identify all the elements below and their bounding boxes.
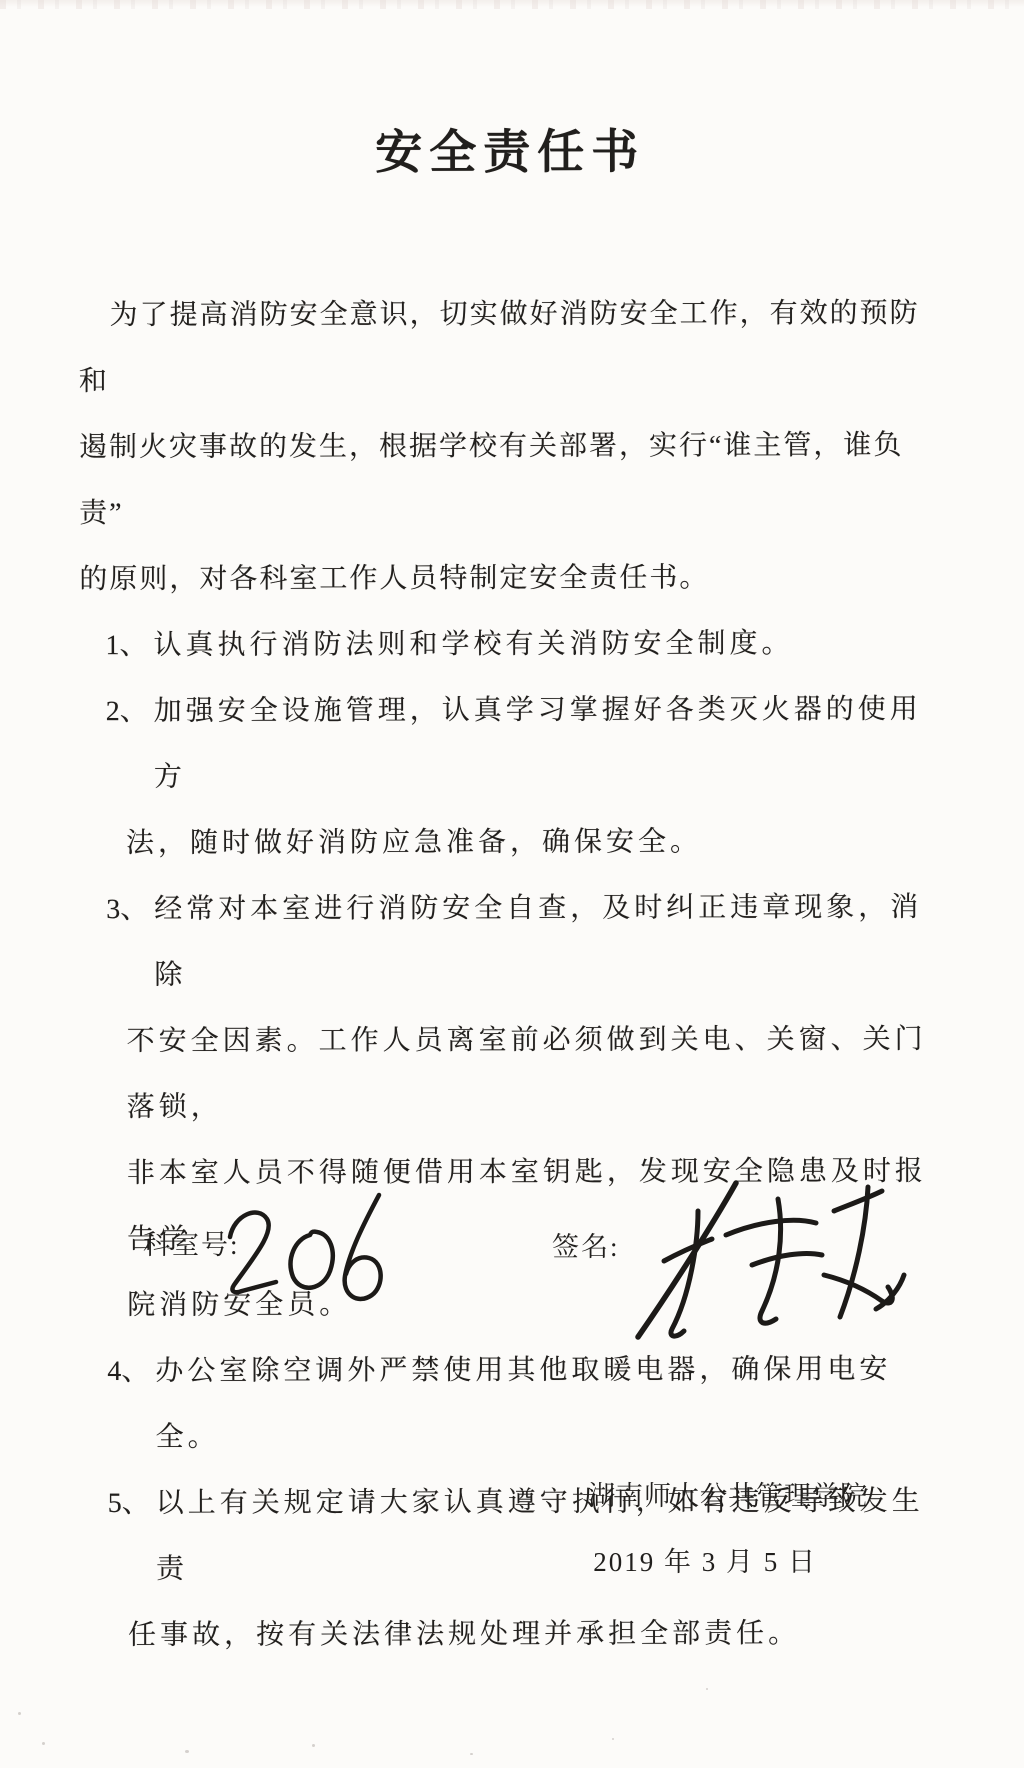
scan-speck: [185, 1750, 189, 1753]
intro-paragraph: 为了提高消防安全意识，切实做好消防安全工作，有效的预防和 遏制火灾事故的发生，根…: [79, 281, 944, 613]
scan-speck: [470, 1753, 473, 1755]
item-number: 2、: [106, 679, 148, 745]
scan-speck: [706, 1688, 708, 1690]
intro-line: 遏制火灾事故的发生，根据学校有关部署，实行“谁主管，谁负责”: [79, 413, 943, 547]
scan-speck: [42, 1742, 45, 1745]
list-item: 2、 加强安全设施管理，认真学习掌握好各类灭火器的使用方 法，随时做好消防应急准…: [80, 677, 945, 877]
intro-line: 的原则，对各科室工作人员特制定安全责任书。: [79, 545, 943, 613]
handwritten-signature: [608, 1175, 918, 1350]
item-line: 经常对本室进行消防安全自查，及时纠正违章现象，消除: [126, 875, 944, 1009]
document-footer: 湖南师大公共管理学院 2019 年 3 月 5 日: [588, 1476, 944, 1582]
item-line: 认真执行消防法则和学校有关消防安全制度。: [125, 611, 943, 679]
document-content: 安全责任书 为了提高消防安全意识，切实做好消防安全工作，有效的预防和 遏制火灾事…: [0, 0, 1024, 1669]
intro-line: 为了提高消防安全意识，切实做好消防安全工作，有效的预防和: [79, 281, 943, 415]
item-line: 任事故，按有关法律法规处理并承担全部责任。: [128, 1601, 946, 1669]
list-item: 1、 认真执行消防法则和学校有关消防安全制度。: [79, 611, 943, 679]
scan-speck: [312, 1744, 315, 1747]
organization-name: 湖南师大公共管理学院: [588, 1476, 944, 1516]
item-line: 法，随时做好消防应急准备，确保安全。: [126, 809, 944, 877]
scan-speck: [612, 1738, 614, 1740]
scan-speck: [18, 1712, 21, 1715]
page-title: 安全责任书: [78, 117, 942, 189]
signature-block: 科室号: 签名:: [80, 1185, 944, 1365]
item-number: 3、: [106, 877, 148, 943]
item-number: 5、: [108, 1471, 150, 1537]
item-number: 1、: [105, 613, 147, 679]
scanned-document-page: 安全责任书 为了提高消防安全意识，切实做好消防安全工作，有效的预防和 遏制火灾事…: [0, 0, 1024, 1768]
handwritten-room-number: [216, 1191, 396, 1316]
item-line: 不安全因素。工作人员离室前必须做到关电、关窗、关门落锁，: [126, 1007, 944, 1141]
item-line: 加强安全设施管理，认真学习掌握好各类灭火器的使用方: [126, 677, 944, 811]
document-date: 2019 年 3 月 5 日: [588, 1542, 944, 1582]
